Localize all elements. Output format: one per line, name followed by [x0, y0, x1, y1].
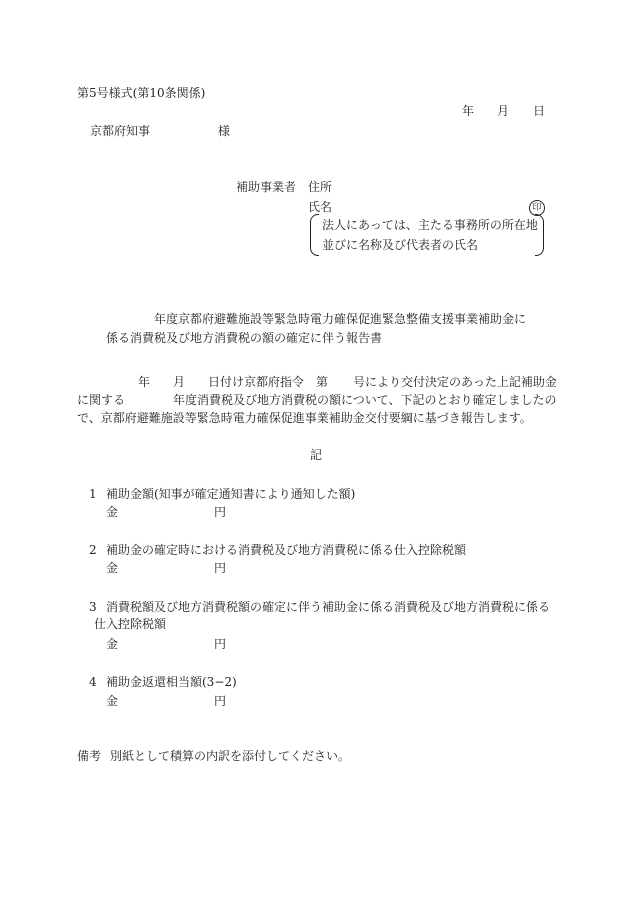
item-2-yen: 円	[214, 561, 226, 575]
item-1-number: 1	[89, 487, 97, 501]
item-3-kin: 金	[106, 637, 118, 651]
bracket-left	[310, 214, 319, 256]
applicant-note-1: 法人にあっては、主たる事務所の所在地	[322, 218, 538, 232]
form-label: 第5号様式(第10条関係)	[77, 86, 205, 100]
name-label: 氏名	[308, 200, 332, 214]
date-day: 日	[533, 104, 545, 118]
item-4-kin: 金	[106, 694, 118, 708]
ki-heading: 記	[310, 448, 322, 462]
remarks-label: 備考	[77, 749, 101, 763]
body-line-3: で、京都府避難施設等緊急時電力確保促進事業補助金交付要綱に基づき報告します。	[77, 411, 532, 425]
item-2-kin: 金	[106, 561, 118, 575]
item-2-label: 補助金の確定時における消費税及び地方消費税に係る仕入控除税額	[106, 543, 466, 557]
applicant-role: 補助事業者	[236, 180, 296, 194]
item-2-number: 2	[89, 543, 97, 557]
title-line-1: 年度京都府避難施設等緊急時電力確保促進緊急整備支援事業補助金に	[154, 312, 526, 326]
item-3-yen: 円	[214, 637, 226, 651]
body-no: 第	[316, 375, 328, 389]
body-line-2-start: に関する	[77, 393, 125, 407]
item-4-number: 4	[89, 675, 97, 689]
date-month: 月	[497, 104, 509, 118]
item-3-label-2: 仕入控除税額	[94, 617, 166, 631]
addressee-honorific: 様	[218, 124, 230, 138]
body-date-text: 日付け京都府指令	[208, 375, 304, 389]
date-year: 年	[462, 104, 474, 118]
item-4-yen: 円	[214, 694, 226, 708]
body-month: 月	[173, 375, 185, 389]
body-line-2-end: 年度消費税及び地方消費税の額について、下記のとおり確定しましたの	[173, 393, 557, 407]
address-label: 住所	[308, 180, 332, 194]
title-line-2: 係る消費税及び地方消費税の額の確定に伴う報告書	[106, 331, 382, 345]
applicant-note-2: 並びに名称及び代表者の氏名	[322, 238, 478, 252]
remarks-text: 別紙として積算の内訳を添付してください。	[110, 749, 350, 763]
addressee-name: 京都府知事	[90, 124, 150, 138]
item-1-kin: 金	[106, 505, 118, 519]
item-1-label: 補助金額(知事が確定通知書により通知した額)	[106, 487, 355, 501]
item-3-label: 消費税額及び地方消費税額の確定に伴う補助金に係る消費税及び地方消費税に係る	[106, 600, 550, 614]
item-3-number: 3	[89, 600, 97, 614]
body-line-1-end: 号により交付決定のあった上記補助金	[353, 375, 557, 389]
item-1-yen: 円	[214, 505, 226, 519]
item-4-label: 補助金返還相当額(3−2)	[106, 675, 237, 689]
body-year: 年	[138, 375, 150, 389]
